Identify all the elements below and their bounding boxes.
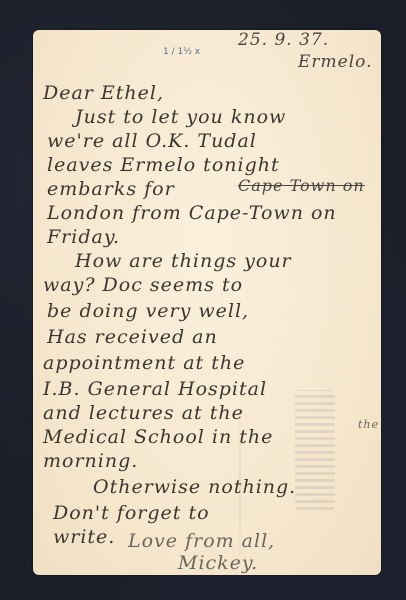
closing: Love from all,	[128, 530, 275, 552]
struck-text: Cape Town on	[238, 176, 365, 195]
body-line: and lectures at the	[43, 402, 244, 424]
postcard: 1 / 1½ x 25. 9. 37. Ermelo. Dear Ethel, …	[33, 30, 381, 575]
margin-note: the	[358, 418, 379, 431]
body-line: leaves Ermelo tonight	[47, 154, 280, 176]
body-line: appointment at the	[43, 352, 245, 374]
body-line: morning.	[43, 450, 138, 472]
body-line: way? Doc seems to	[43, 274, 243, 296]
salutation: Dear Ethel,	[43, 82, 164, 104]
body-line: write.	[53, 526, 115, 548]
body-line: London from Cape-Town on	[47, 202, 337, 224]
body-line: Medical School in the	[43, 426, 273, 448]
body-line: embarks for	[47, 178, 175, 200]
body-line: I.B. General Hospital	[43, 378, 267, 400]
body-line: Otherwise nothing.	[93, 476, 296, 498]
body-line: we're all O.K. Tudal	[47, 130, 257, 152]
pencil-mark: 1 / 1½ x	[163, 48, 200, 57]
body-line: Has received an	[47, 326, 218, 348]
signature: Mickey.	[178, 552, 258, 574]
body-line: Don't forget to	[53, 502, 210, 524]
body-line: How are things your	[75, 250, 292, 272]
faint-postmark	[295, 390, 335, 510]
body-line: be doing very well,	[47, 300, 249, 322]
letter-place: Ermelo.	[298, 52, 373, 72]
letter-date: 25. 9. 37.	[238, 30, 329, 50]
body-line: Just to let you know	[75, 106, 286, 128]
body-line: Friday.	[47, 226, 120, 248]
